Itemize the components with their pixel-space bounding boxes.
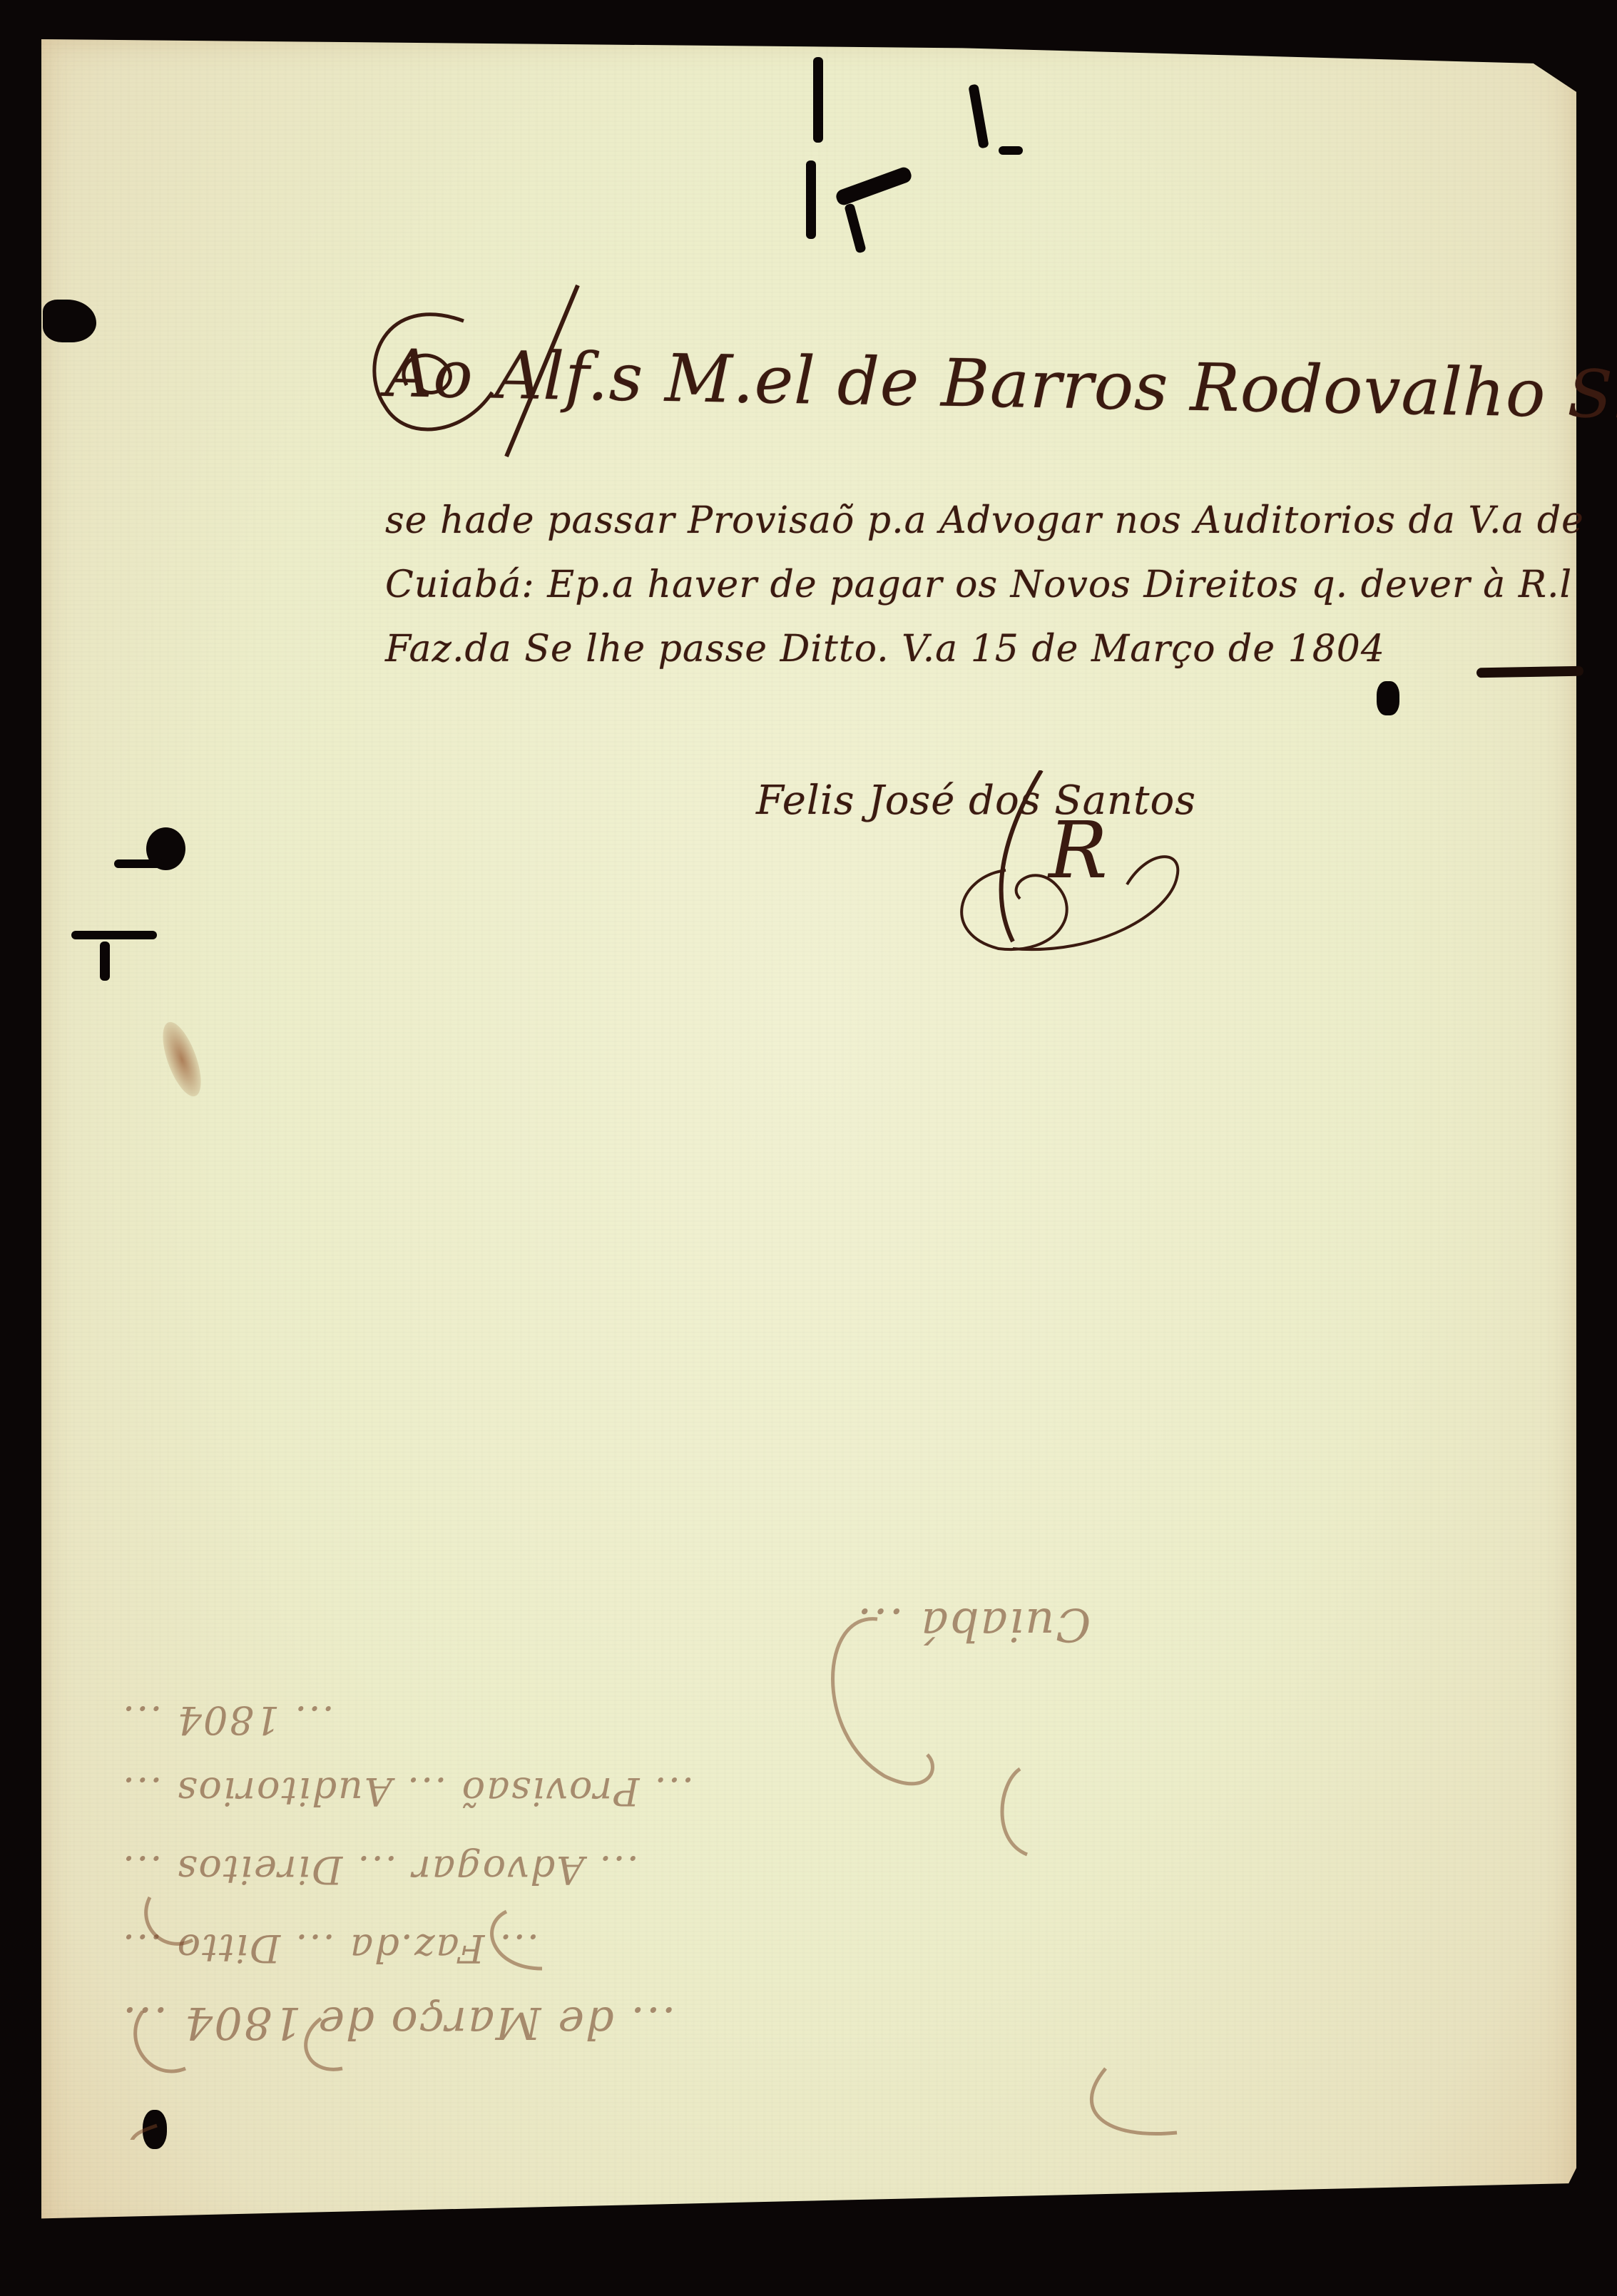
worm-hole-left xyxy=(71,931,157,939)
worm-hole-left xyxy=(100,942,110,981)
text-line-2: se hade passar Provisaõ p.a Advogar nos … xyxy=(385,499,1584,542)
worm-hole-left xyxy=(114,859,164,868)
rubric-letter: R xyxy=(1047,805,1108,896)
worm-hole-top xyxy=(813,57,823,143)
text-line-3: Cuiabá: Ep.a haver de pagar os Novos Dir… xyxy=(385,563,1572,606)
bleed-through-flourishes xyxy=(107,1569,1569,2140)
ink-dash-mark xyxy=(1476,666,1583,678)
signature-rubric: R xyxy=(913,770,1270,956)
text-line-4: Faz.da Se lhe passe Ditto. V.a 15 de Mar… xyxy=(385,628,1385,670)
worm-hole-top xyxy=(806,160,816,239)
worm-hole-top xyxy=(999,146,1023,155)
worm-hole-right xyxy=(1377,681,1399,715)
